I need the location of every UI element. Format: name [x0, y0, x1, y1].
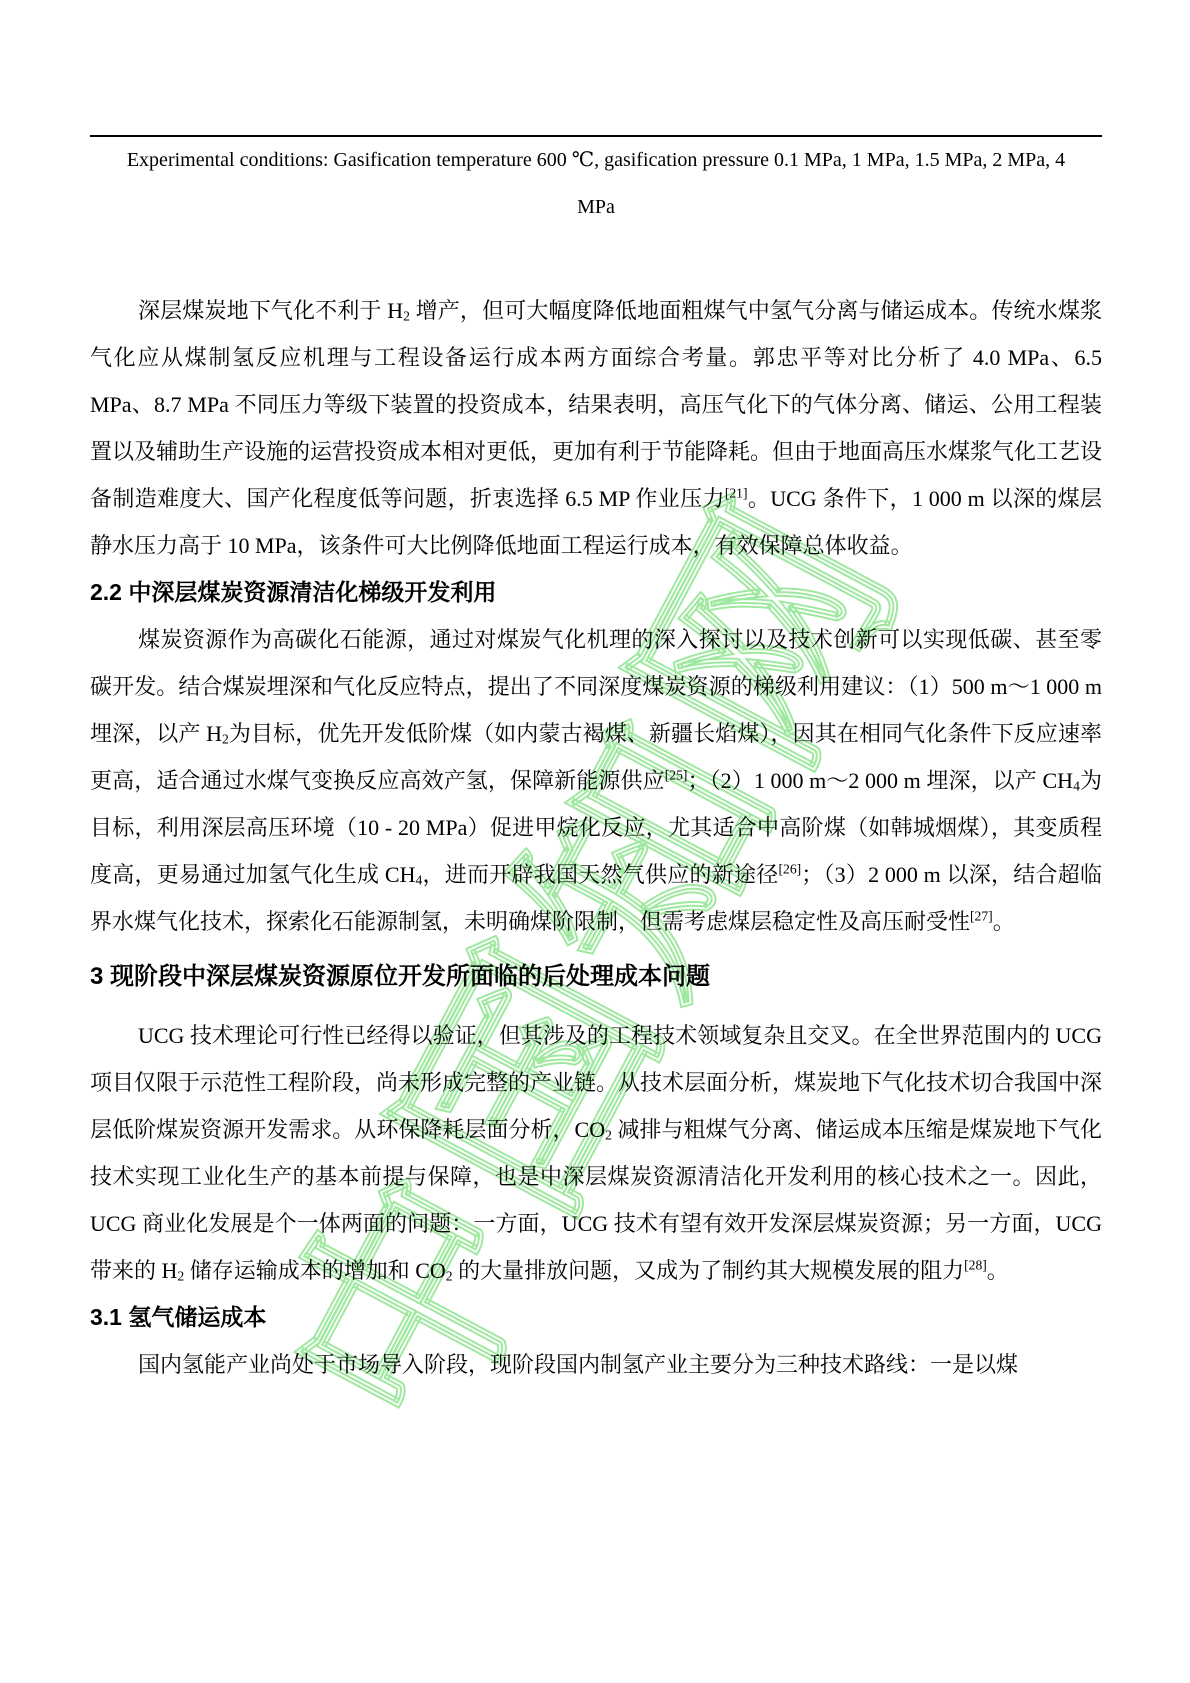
document-body: 深层煤炭地下气化不利于 H2 增产，但可大幅度降低地面粗煤气中氢气分离与储运成本… [90, 287, 1102, 1388]
paragraph-hydrogen-industry: 国内氢能产业尚处于市场导入阶段，现阶段国内制氢产业主要分为三种技术路线：一是以煤 [90, 1341, 1102, 1388]
paragraph-cascade-development: 煤炭资源作为高碳化石能源，通过对煤炭气化机理的深入探讨以及技术创新可以实现低碳、… [90, 616, 1102, 945]
figure-caption-line2: MPa [90, 184, 1102, 231]
paragraph-ucg-pressure-cost: 深层煤炭地下气化不利于 H2 增产，但可大幅度降低地面粗煤气中氢气分离与储运成本… [90, 287, 1102, 569]
document-page: Experimental conditions: Gasification te… [0, 0, 1190, 1388]
paragraph-ucg-commercialization: UCG 技术理论可行性已经得以验证，但其涉及的工程技术领域复杂且交叉。在全世界范… [90, 1012, 1102, 1294]
figure-caption-line1: Experimental conditions: Gasification te… [90, 137, 1102, 184]
section-heading-3: 3 现阶段中深层煤炭资源原位开发所面临的后处理成本问题 [90, 953, 1102, 1000]
figure-caption: Experimental conditions: Gasification te… [90, 137, 1102, 231]
section-heading-3-1: 3.1 氢气储运成本 [90, 1294, 1102, 1341]
section-heading-2-2: 2.2 中深层煤炭资源清洁化梯级开发利用 [90, 569, 1102, 616]
